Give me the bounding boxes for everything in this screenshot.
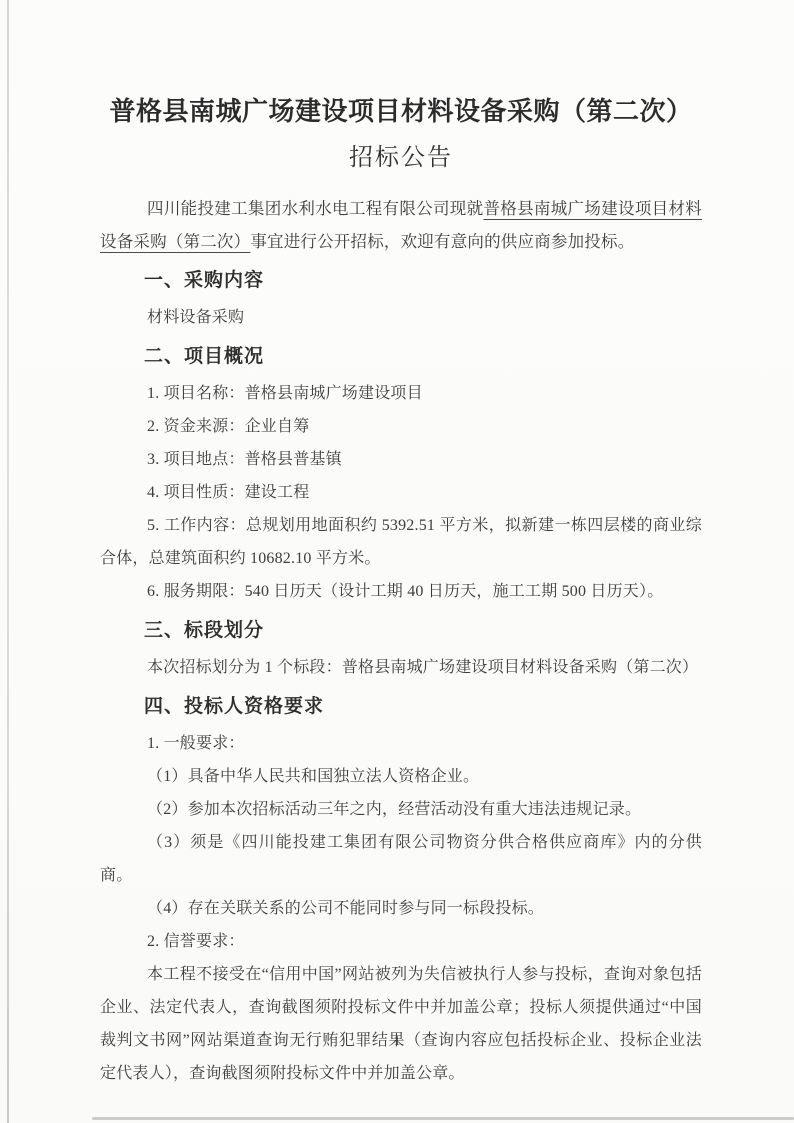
credit-requirement-paragraph: 本工程不接受在“信用中国”网站被列为失信被执行人参与投标，查询对象包括企业、法定… bbox=[100, 958, 702, 1090]
section-heading-bidder-qualifications: 四、投标人资格要求 bbox=[100, 689, 702, 725]
intro-paragraph: 四川能投建工集团水利水电工程有限公司现就普格县南城广场建设项目材料设备采购（第二… bbox=[100, 192, 702, 258]
document-title: 普格县南城广场建设项目材料设备采购（第二次） bbox=[100, 94, 702, 128]
doc-line: （2）参加本次招标活动三年之内，经营活动没有重大违法违规记录。 bbox=[100, 793, 702, 826]
doc-line: 2. 资金来源：企业自筹 bbox=[100, 410, 702, 443]
doc-line: （3）须是《四川能投建工集团有限公司物资分供合格供应商库》内的分供商。 bbox=[100, 826, 702, 892]
scan-left-edge-line bbox=[7, 0, 9, 1123]
doc-line: 3. 项目地点：普格县普基镇 bbox=[100, 443, 702, 476]
doc-line: 1. 一般要求： bbox=[100, 727, 702, 760]
doc-line: 1. 项目名称：普格县南城广场建设项目 bbox=[100, 377, 702, 410]
doc-line: 2. 信誉要求： bbox=[100, 925, 702, 958]
page-number: 1 bbox=[0, 1034, 794, 1050]
document-subtitle: 招标公告 bbox=[100, 142, 702, 174]
doc-line: 4. 项目性质：建设工程 bbox=[100, 476, 702, 509]
scan-bottom-edge-shadow bbox=[92, 1117, 794, 1120]
intro-text-before: 四川能投建工集团水利水电工程有限公司现就 bbox=[147, 199, 483, 218]
doc-line: 5. 工作内容：总规划用地面积约 5392.51 平方米，拟新建一栋四层楼的商业… bbox=[100, 509, 702, 575]
section-heading-lot-division: 三、标段划分 bbox=[100, 613, 702, 649]
intro-text-after: 事宜进行公开招标，欢迎有意向的供应商参加投标。 bbox=[250, 232, 634, 251]
section-heading-procurement-content: 一、采购内容 bbox=[100, 263, 702, 299]
doc-line: 本次招标划分为 1 个标段：普格县南城广场建设项目材料设备采购（第二次） bbox=[100, 651, 702, 684]
doc-line: （4）存在关联关系的公司不能同时参与同一标段投标。 bbox=[100, 892, 702, 925]
section-heading-project-overview: 二、项目概况 bbox=[100, 339, 702, 375]
doc-line: （1）具备中华人民共和国独立法人资格企业。 bbox=[100, 760, 702, 793]
scanned-document-page: 普格县南城广场建设项目材料设备采购（第二次） 招标公告 四川能投建工集团水利水电… bbox=[0, 0, 794, 1123]
doc-line: 材料设备采购 bbox=[100, 301, 702, 334]
doc-line: 6. 服务期限：540 日历天（设计工期 40 日历天，施工工期 500 日历天… bbox=[100, 575, 702, 608]
